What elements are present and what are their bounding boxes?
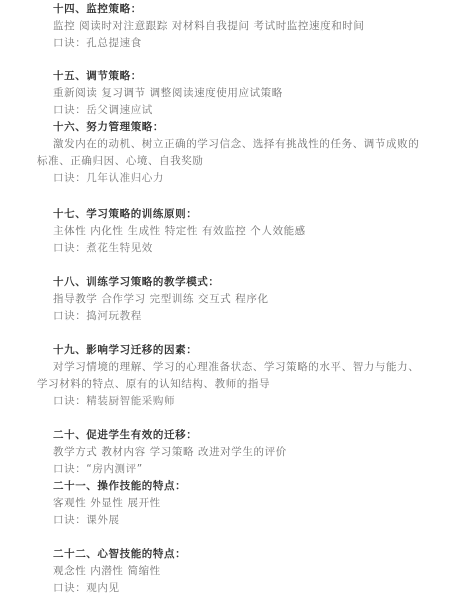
section-mnemonic: 口诀：几年认准归心力: [53, 171, 164, 185]
section-body-continuation: 学习材料的特点、原有的认知结构、教师的指导: [37, 377, 270, 391]
section-mnemonic: 口诀：观内见: [53, 581, 120, 595]
section-body: 主体性 内化性 生成性 特定性 有效监控 个人效能感: [53, 224, 306, 238]
section-body-continuation: 标准、正确归因、心境、自我奖励: [37, 154, 204, 168]
section-body: 观念性 内潜性 简缩性: [53, 564, 161, 578]
section-heading: 二十二、心智技能的特点：: [53, 547, 186, 561]
section-heading: 十九、影响学习迁移的因素：: [53, 343, 197, 357]
section-body: 监控 阅读时对注意跟踪 对材料自我提问 考试时监控速度和时间: [53, 19, 365, 33]
section-body: 指导教学 合作学习 完型训练 交互式 程序化: [53, 292, 269, 306]
section-heading: 十六、努力管理策略：: [53, 120, 164, 134]
section-heading: 十四、监控策略：: [53, 2, 142, 16]
document-page: 十四、监控策略： 监控 阅读时对注意跟踪 对材料自我提问 考试时监控速度和时间 …: [0, 0, 458, 600]
section-heading: 十七、学习策略的训练原则：: [53, 207, 197, 221]
section-heading: 二十一、操作技能的特点：: [53, 479, 186, 493]
section-mnemonic: 口诀：煮花生特见效: [53, 241, 153, 255]
section-heading: 十八、训练学习策略的教学模式：: [53, 275, 220, 289]
section-body: 激发内在的动机、树立正确的学习信念、选择有挑战性的任务、调节成败的: [53, 137, 419, 151]
section-heading: 二十、促进学生有效的迁移：: [53, 428, 197, 442]
section-body: 教学方式 教材内容 学习策略 改进对学生的评价: [53, 445, 287, 459]
section-mnemonic: 口诀：精装厨智能采购师: [53, 394, 175, 408]
section-mnemonic: 口诀：岳父调速应试: [53, 103, 153, 117]
section-body: 客观性 外显性 展开性: [53, 496, 161, 510]
section-mnemonic: 口诀：“房内测评”: [53, 462, 143, 476]
section-body: 重新阅读 复习调节 调整阅读速度使用应试策略: [53, 86, 283, 100]
section-mnemonic: 口诀：捣河玩教程: [53, 309, 142, 323]
section-heading: 十五、调节策略：: [53, 69, 142, 83]
section-mnemonic: 口诀：课外展: [53, 513, 120, 527]
section-mnemonic: 口诀：孔总提速食: [53, 36, 142, 50]
section-body: 对学习情境的理解、学习的心理准备状态、学习策略的水平、智力与能力、: [53, 360, 419, 374]
